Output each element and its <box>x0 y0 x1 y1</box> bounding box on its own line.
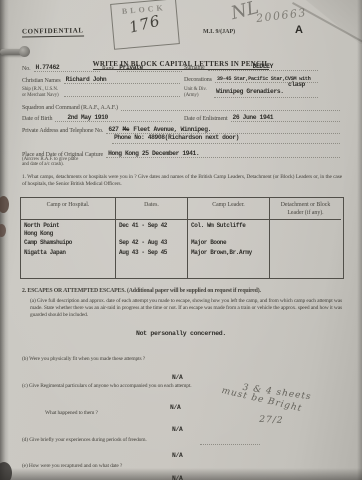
squadron-label: Squadron and Command (R.A.F., A.A.F.) <box>22 105 118 111</box>
cell-detachment <box>270 237 341 247</box>
edge-stain <box>0 462 12 480</box>
answer-2a: Not personally concerned. <box>0 330 362 337</box>
surname-label: Surname <box>184 65 205 71</box>
ship-label-line2: or Merchant Navy) <box>22 93 59 98</box>
camp-table: Camp or Hospital. Dates. Camp Leader. De… <box>20 197 344 279</box>
question-1: 1. What camps, detachments or hospitals … <box>22 174 342 188</box>
cell-leader: Col. Wm Sutcliffe <box>188 220 270 237</box>
rank-value: Private <box>119 64 143 71</box>
capture-value: Hong Kong 25 December 1941. <box>108 150 199 157</box>
cell-dates: Aug 43 - Sep 45 <box>116 247 188 257</box>
field-rank: Rank Private <box>102 62 182 72</box>
block-stamp: BLOCK 176 <box>110 0 180 50</box>
field-squadron: Squadron and Command (R.A.F., A.A.F.) <box>22 101 340 111</box>
handwritten-serial-prefix: NL <box>231 0 259 21</box>
question-2a: (a) Give full description and approx. da… <box>30 298 342 319</box>
number-value: H.77462 <box>36 64 60 71</box>
section-2-heading: 2. ESCAPES OR ATTEMPTED ESCAPES. (Additi… <box>22 288 342 295</box>
cell-leader: Major Boone <box>188 237 270 247</box>
decorations-label: Decorations <box>184 77 212 83</box>
number-label: No. <box>22 66 31 72</box>
address-value-prefix: 627 <box>108 126 118 133</box>
handwritten-serial-number: 200663 <box>256 6 307 24</box>
field-address: Private Address and Telephone No. 627 Mc… <box>22 124 340 134</box>
cell-camp: North Point Hong Kong <box>21 220 116 237</box>
dob-label: Date of Birth <box>22 116 52 122</box>
scan-edge-left <box>0 0 9 480</box>
ship-label-line1: Ship (R.N., U.S.N. <box>22 87 58 92</box>
answer-2d: N/A <box>172 452 182 459</box>
cell-leader: Major Brown,Br.Army <box>188 247 270 257</box>
phone-value: Phone No: 48908(Richardson next door) <box>114 134 239 141</box>
decorations-value-line2: clasp <box>288 81 305 88</box>
scan-edge-right <box>357 0 362 480</box>
cell-detachment <box>270 220 341 237</box>
scan-edge-bottom <box>0 468 362 480</box>
unit-value: Winnipeg Grenadiers. <box>216 88 284 95</box>
cell-dates: Dec 41 - Sep 42 <box>116 220 188 237</box>
field-surname: Surname DEDLEY <box>184 61 318 71</box>
header-detachment: Detachment or Block Leader (if any). <box>270 198 341 220</box>
ship-value-line <box>64 95 180 97</box>
header-camp: Camp or Hospital. <box>21 198 116 220</box>
surname-value: DEDLEY <box>253 63 273 70</box>
phone-value-line <box>112 142 340 144</box>
header-leader: Camp Leader. <box>188 198 270 220</box>
field-number: No. H.77462 <box>22 62 100 72</box>
christian-names-value: Richard John <box>66 76 107 83</box>
question-2d-line <box>200 443 260 445</box>
staple-head-artifact <box>19 46 30 57</box>
dob-value: 2nd May 1910 <box>67 114 108 121</box>
unit-value-line <box>214 96 318 98</box>
cell-camp: Nigatta Japan <box>21 247 116 257</box>
cell-detachment <box>270 247 341 257</box>
address-value-rest: Fleet Avenue, Winnipeg. <box>133 126 211 133</box>
rank-label: Rank <box>102 66 114 72</box>
block-stamp-number: 176 <box>127 11 162 36</box>
header-dates: Dates. <box>116 198 188 220</box>
christian-names-label: Christian Names <box>22 78 61 84</box>
question-2b: (b) Were you physically fit when you mad… <box>22 356 322 363</box>
classification-stamp: CONFIDENTIAL <box>22 26 84 37</box>
cell-camp: Camp Shamshuipo <box>21 237 116 247</box>
corner-letter: A <box>295 24 303 36</box>
address-value-struck: Mc <box>122 126 129 133</box>
unit-label-line2: (Army) <box>184 93 198 98</box>
question-2c-followup: What happened to them ? <box>45 410 245 417</box>
answer-2c-followup: N/A <box>172 426 182 433</box>
field-christian-names: Christian Names Richard John <box>22 74 180 84</box>
capture-note-line2: and date of a/c crash). <box>22 162 64 167</box>
scanned-pow-form: CONFIDENTIAL BLOCK 176 M.I. 9/(JAP) A NL… <box>0 0 362 480</box>
form-reference: M.I. 9/(JAP) <box>203 29 235 35</box>
cell-dates: Sep 42 - Aug 43 <box>116 237 188 247</box>
unit-label-line1: Unit & Div. <box>184 87 207 92</box>
address-label: Private Address and Telephone No. <box>22 128 103 134</box>
answer-2b: N/A <box>172 374 182 381</box>
